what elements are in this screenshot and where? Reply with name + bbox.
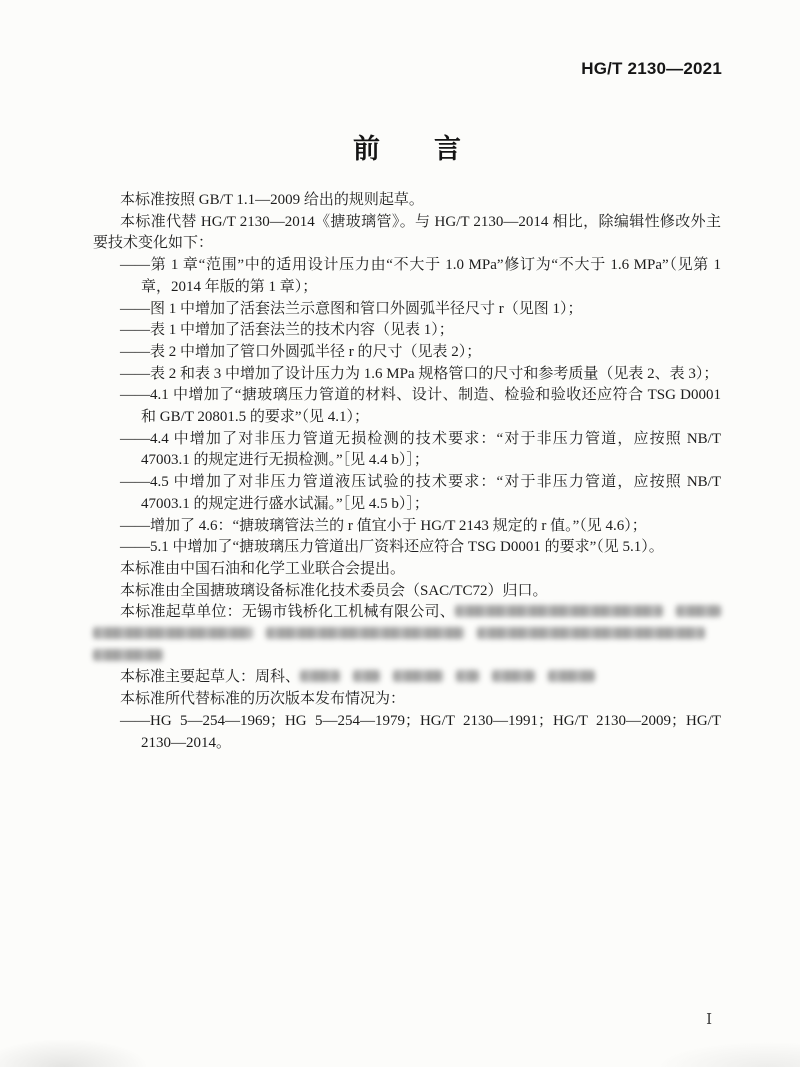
paragraph-proposed-by: 本标准由中国石油和化学工业联合会提出。 [93,559,721,581]
redacted-text [477,627,705,639]
change-item: ——表 2 中增加了管口外圆弧半径 r 的尺寸（见表 2）； [93,342,721,364]
document-page: HG/T 2130—2021 前 言 本标准按照 GB/T 1.1—2009 给… [0,0,800,1067]
change-item: ——4.1 中增加了“搪玻璃压力管道的材料、设计、制造、检验和验收还应符合 TS… [93,385,721,428]
change-item: ——4.4 中增加了对非压力管道无损检测的技术要求：“对于非压力管道，应按照 N… [93,429,721,472]
redacted-text [93,627,253,639]
paragraph-replaces: 本标准代替 HG/T 2130—2014《搪玻璃管》。与 HG/T 2130—2… [93,212,721,255]
change-item: ——表 1 中增加了活套法兰的技术内容（见表 1）； [93,320,721,342]
redacted-text [300,670,340,682]
drafters-label: 本标准主要起草人：周科、 [120,669,300,685]
page-title: 前 言 [93,127,721,166]
drafting-units-paragraph: 本标准起草单位：无锡市钱桥化工机械有限公司、 [93,602,721,667]
change-item: ——表 2 和表 3 中增加了设计压力为 1.6 MPa 规格管口的尺寸和参考质… [93,364,721,386]
redacted-text [456,670,479,682]
redacted-text [492,670,535,682]
change-item: ——5.1 中增加了“搪玻璃压力管道出厂资料还应符合 TSG D0001 的要求… [93,537,721,559]
foreword-body: 本标准按照 GB/T 1.1—2009 给出的规则起草。 本标准代替 HG/T … [93,190,721,754]
change-item: ——增加了 4.6：“搪玻璃管法兰的 r 值宜小于 HG/T 2143 规定的 … [93,516,721,538]
redacted-text [93,649,163,661]
drafting-units-label: 本标准起草单位：无锡市钱桥化工机械有限公司、 [120,604,455,620]
redacted-text [548,670,595,682]
redacted-text [353,670,380,682]
redacted-text [455,605,663,617]
change-item: ——4.5 中增加了对非压力管道液压试验的技术要求：“对于非压力管道，应按照 N… [93,472,721,515]
drafters-paragraph: 本标准主要起草人：周科、 [93,667,721,689]
paragraph-centralized-by: 本标准由全国搪玻璃设备标准化技术委员会（SAC/TC72）归口。 [93,581,721,603]
change-item: ——图 1 中增加了活套法兰示意图和管口外圆弧半径尺寸 r（见图 1）； [93,299,721,321]
paragraph-drafting-rule: 本标准按照 GB/T 1.1—2009 给出的规则起草。 [93,190,721,212]
page-number: Ⅰ [706,1010,712,1029]
redacted-text [393,670,443,682]
history-intro-paragraph: 本标准所代替标准的历次版本发布情况为： [93,689,721,711]
history-paragraph: ——HG 5—254—1969；HG 5—254—1979；HG/T 2130—… [93,711,721,754]
standard-number: HG/T 2130—2021 [581,59,722,79]
redacted-text [676,605,721,617]
redacted-text [266,627,464,639]
change-item: ——第 1 章“范围”中的适用设计压力由“不大于 1.0 MPa”修订为“不大于… [93,255,721,298]
